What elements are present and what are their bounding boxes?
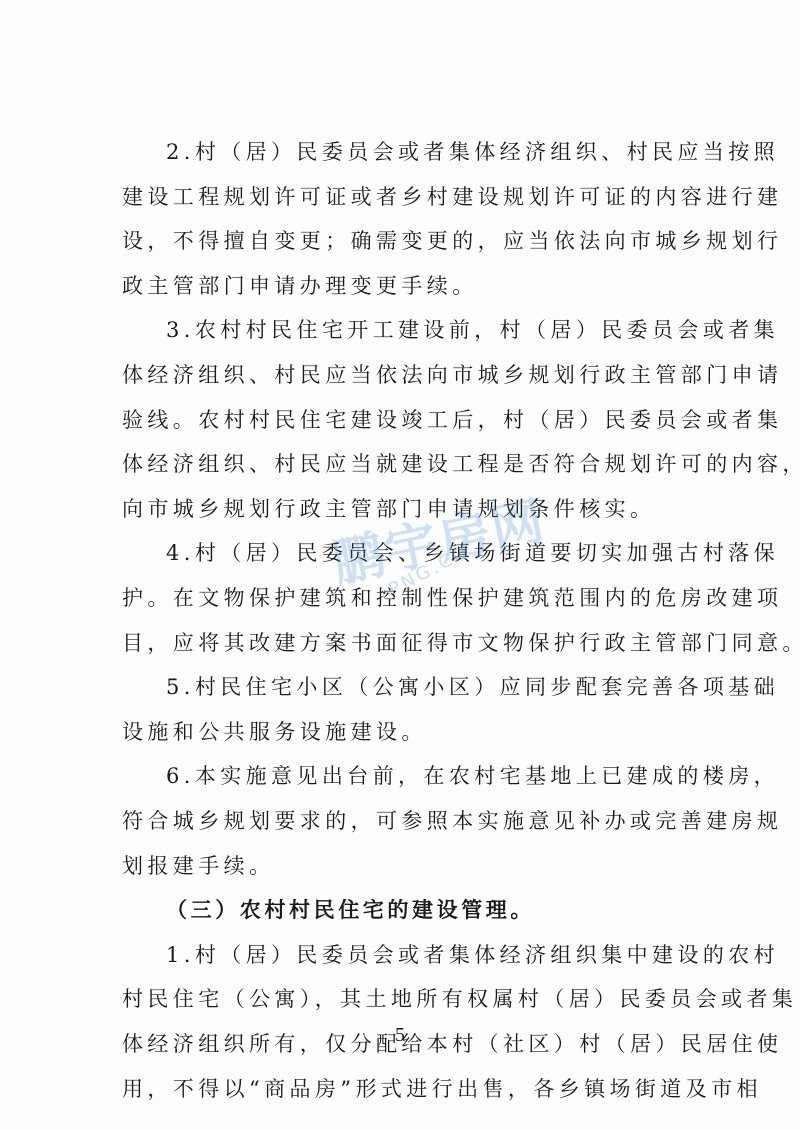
text-line: 体经济组织、村民应当就建设工程是否符合规划许可的内容， — [122, 444, 722, 484]
text-line: 政主管部门申请办理变更手续。 — [122, 266, 722, 306]
text-line: 1.村（居）民委员会或者集体经济组织集中建设的农村 — [166, 935, 766, 975]
text-line: 5.村民住宅小区（公寓小区）应同步配套完善各项基础 — [166, 667, 766, 707]
text-line: 6.本实施意见出台前，在农村宅基地上已建成的楼房， — [166, 756, 766, 796]
text-line: 用，不得以“商品房”形式进行出售，各乡镇场街道及市相 — [122, 1069, 722, 1109]
text-line: 3.农村村民住宅开工建设前，村（居）民委员会或者集 — [166, 310, 766, 350]
text-line: 建设工程规划许可证或者乡村建设规划许可证的内容进行建 — [122, 177, 722, 217]
document-page: 2.村（居）民委员会或者集体经济组织、村民应当按照建设工程规划许可证或者乡村建设… — [0, 0, 800, 1130]
text-line: 村民住宅（公寓），其土地所有权属村（居）民委员会或者集 — [122, 979, 722, 1019]
text-line: 验线。农村村民住宅建设竣工后，村（居）民委员会或者集 — [122, 400, 722, 440]
text-line: 设，不得擅自变更；确需变更的，应当依法向市城乡规划行 — [122, 221, 722, 261]
text-line: 划报建手续。 — [122, 846, 722, 886]
text-line: 设施和公共服务设施建设。 — [122, 712, 722, 752]
text-line: 体经济组织、村民应当依法向市城乡规划行政主管部门申请 — [122, 355, 722, 395]
text-line: 2.村（居）民委员会或者集体经济组织、村民应当按照 — [166, 132, 766, 172]
text-line: 符合城乡规划要求的，可参照本实施意见补办或完善建房规 — [122, 801, 722, 841]
section-heading: （三）农村村民住宅的建设管理。 — [166, 890, 766, 930]
text-line: 目，应将其改建方案书面征得市文物保护行政主管部门同意。 — [122, 623, 722, 663]
page-number: 5 — [0, 1024, 800, 1047]
